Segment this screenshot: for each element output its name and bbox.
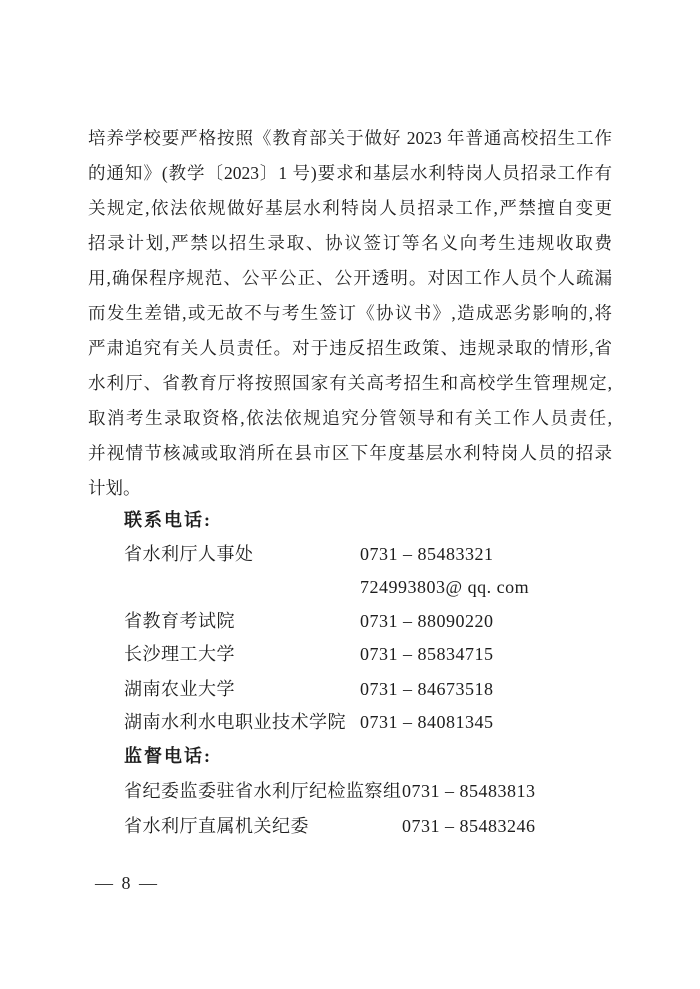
contact-label: 长沙理工大学 xyxy=(124,637,235,672)
page-number: — 8 — xyxy=(95,868,159,898)
contact-heading: 联系电话: xyxy=(124,503,212,538)
paragraph-line: 的通知》(教学〔2023〕1 号)要求和基层水利特岗人员招录工作有 xyxy=(88,156,612,191)
contact-label: 湖南水利水电职业技术学院 xyxy=(124,705,346,740)
contact-label: 省水利厅人事处 xyxy=(124,537,254,572)
paragraph-line: 关规定,依法依规做好基层水利特岗人员招录工作,严禁擅自变更 xyxy=(88,191,612,226)
paragraph-line: 取消考生录取资格,依法依规追究分管领导和有关工作人员责任, xyxy=(88,401,612,436)
contact-row: 724993803@ qq. com xyxy=(124,570,644,605)
contact-phone: 0731 – 85483246 xyxy=(402,809,536,844)
contact-row: 省水利厅人事处 0731 – 85483321 xyxy=(124,537,644,572)
paragraph-line: 培养学校要严格按照《教育部关于做好 2023 年普通高校招生工作 xyxy=(88,121,612,156)
contact-email: 724993803@ qq. com xyxy=(360,570,529,605)
supervision-heading: 监督电话: xyxy=(124,739,212,774)
contact-phone: 0731 – 85483321 xyxy=(360,537,494,572)
paragraph-line: 计划。 xyxy=(88,471,612,506)
contact-label: 省水利厅直属机关纪委 xyxy=(124,809,309,844)
contact-label: 湖南农业大学 xyxy=(124,672,235,707)
contact-label: 省教育考试院 xyxy=(124,604,235,639)
contact-row: 省教育考试院 0731 – 88090220 xyxy=(124,604,644,639)
contact-phone: 0731 – 85483813 xyxy=(402,774,536,809)
contact-row: 湖南农业大学 0731 – 84673518 xyxy=(124,672,644,707)
body-paragraph: 培养学校要严格按照《教育部关于做好 2023 年普通高校招生工作 的通知》(教学… xyxy=(88,121,612,506)
contact-row: 湖南水利水电职业技术学院 0731 – 84081345 xyxy=(124,705,644,740)
contact-row: 省水利厅直属机关纪委 0731 – 85483246 xyxy=(124,809,644,844)
paragraph-line: 水利厅、省教育厅将按照国家有关高考招生和高校学生管理规定, xyxy=(88,366,612,401)
contact-row: 长沙理工大学 0731 – 85834715 xyxy=(124,637,644,672)
paragraph-line: 而发生差错,或无故不与考生签订《协议书》,造成恶劣影响的,将 xyxy=(88,296,612,331)
document-page: 培养学校要严格按照《教育部关于做好 2023 年普通高校招生工作 的通知》(教学… xyxy=(0,0,700,989)
contact-row: 省纪委监委驻省水利厅纪检监察组 0731 – 85483813 xyxy=(124,774,644,809)
contact-phone: 0731 – 85834715 xyxy=(360,637,494,672)
contact-phone: 0731 – 88090220 xyxy=(360,604,494,639)
paragraph-line: 并视情节核减或取消所在县市区下年度基层水利特岗人员的招录 xyxy=(88,436,612,471)
contact-phone: 0731 – 84081345 xyxy=(360,705,494,740)
contact-label: 省纪委监委驻省水利厅纪检监察组 xyxy=(124,774,402,809)
paragraph-line: 招录计划,严禁以招生录取、协议签订等名义向考生违规收取费 xyxy=(88,226,612,261)
paragraph-line: 用,确保程序规范、公平公正、公开透明。对因工作人员个人疏漏 xyxy=(88,261,612,296)
paragraph-line: 严肃追究有关人员责任。对于违反招生政策、违规录取的情形,省 xyxy=(88,331,612,366)
contact-phone: 0731 – 84673518 xyxy=(360,672,494,707)
